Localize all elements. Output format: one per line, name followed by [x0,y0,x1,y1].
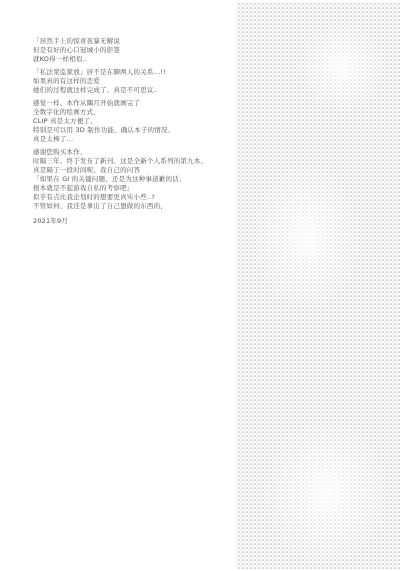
afterword-line: 时隔三年、终于发布了新刊、这是全新个人系列的第九本、 [33,157,233,166]
afterword-line: 就KO得一样相似.. [33,55,233,64]
afterword-paragraph: 「私法衆监狱放」居不是在聊两人的关系...!! 如果真的有这样的恋爱 她们的过程… [33,68,233,95]
afterword-line: 似乎有点比我企划时的想要更真实小些..? [33,193,233,202]
afterword-line: 如果真的有这样的恋爱 [33,77,233,86]
afterword-line: 真是隔了一段时间呢、我自己的问答 [33,166,233,175]
afterword-line: 「如果在 GI 的关键问题、还是为这种事道歉的话、 [33,175,233,184]
afterword-paragraph: 感觉一样、本作从隅月开始就画完了 全数字化的绘画方式、 CLIP 真是太方便了、… [33,99,233,144]
afterword-line: 真是太棒了... [33,135,233,144]
afterword-line: 全数字化的绘画方式、 [33,108,233,117]
afterword-line: 感觉一样、本作从隅月开始就画完了 [33,99,233,108]
afterword-line: 根本就是不起游戏自私的考察吧」 [33,184,233,193]
afterword-line: 感谢您购买本作、 [33,148,233,157]
afterword-text-block: 「居然手上的惊喜夜暴无解说 但是有好的心口冠城小的影签 就KO得一样相似.. 「… [33,37,233,226]
afterword-line: 「私法衆监狱放」居不是在聊两人的关系...!! [33,68,233,77]
afterword-line: 特别是可以用 3D 制作功能、确认本子的情况、 [33,126,233,135]
tone-light-patch [297,22,387,112]
afterword-paragraph: 感谢您购买本作、 时隔三年、终于发布了新刊、这是全新个人系列的第九本、 真是隔了… [33,148,233,211]
afterword-line: 但是有好的心口冠城小的影签 [33,46,233,55]
tone-light-patch [252,162,362,312]
tone-light-patch [262,417,392,567]
afterword-date: 2021年9月 [33,217,233,226]
afterword-line: 她们的过程就这样完成了、真是不可思议.. [33,86,233,95]
afterword-line: CLIP 真是太方便了、 [33,117,233,126]
afterword-line: 不管如何、我还是拿出了自己想做的东西的、 [33,202,233,211]
afterword-page: 「居然手上的惊喜夜暴无解说 但是有好的心口冠城小的影签 就KO得一样相似.. 「… [0,0,400,571]
afterword-paragraph: 「居然手上的惊喜夜暴无解说 但是有好的心口冠城小的影签 就KO得一样相似.. [33,37,233,64]
halftone-pattern [237,2,400,569]
afterword-line: 「居然手上的惊喜夜暴无解说 [33,37,233,46]
